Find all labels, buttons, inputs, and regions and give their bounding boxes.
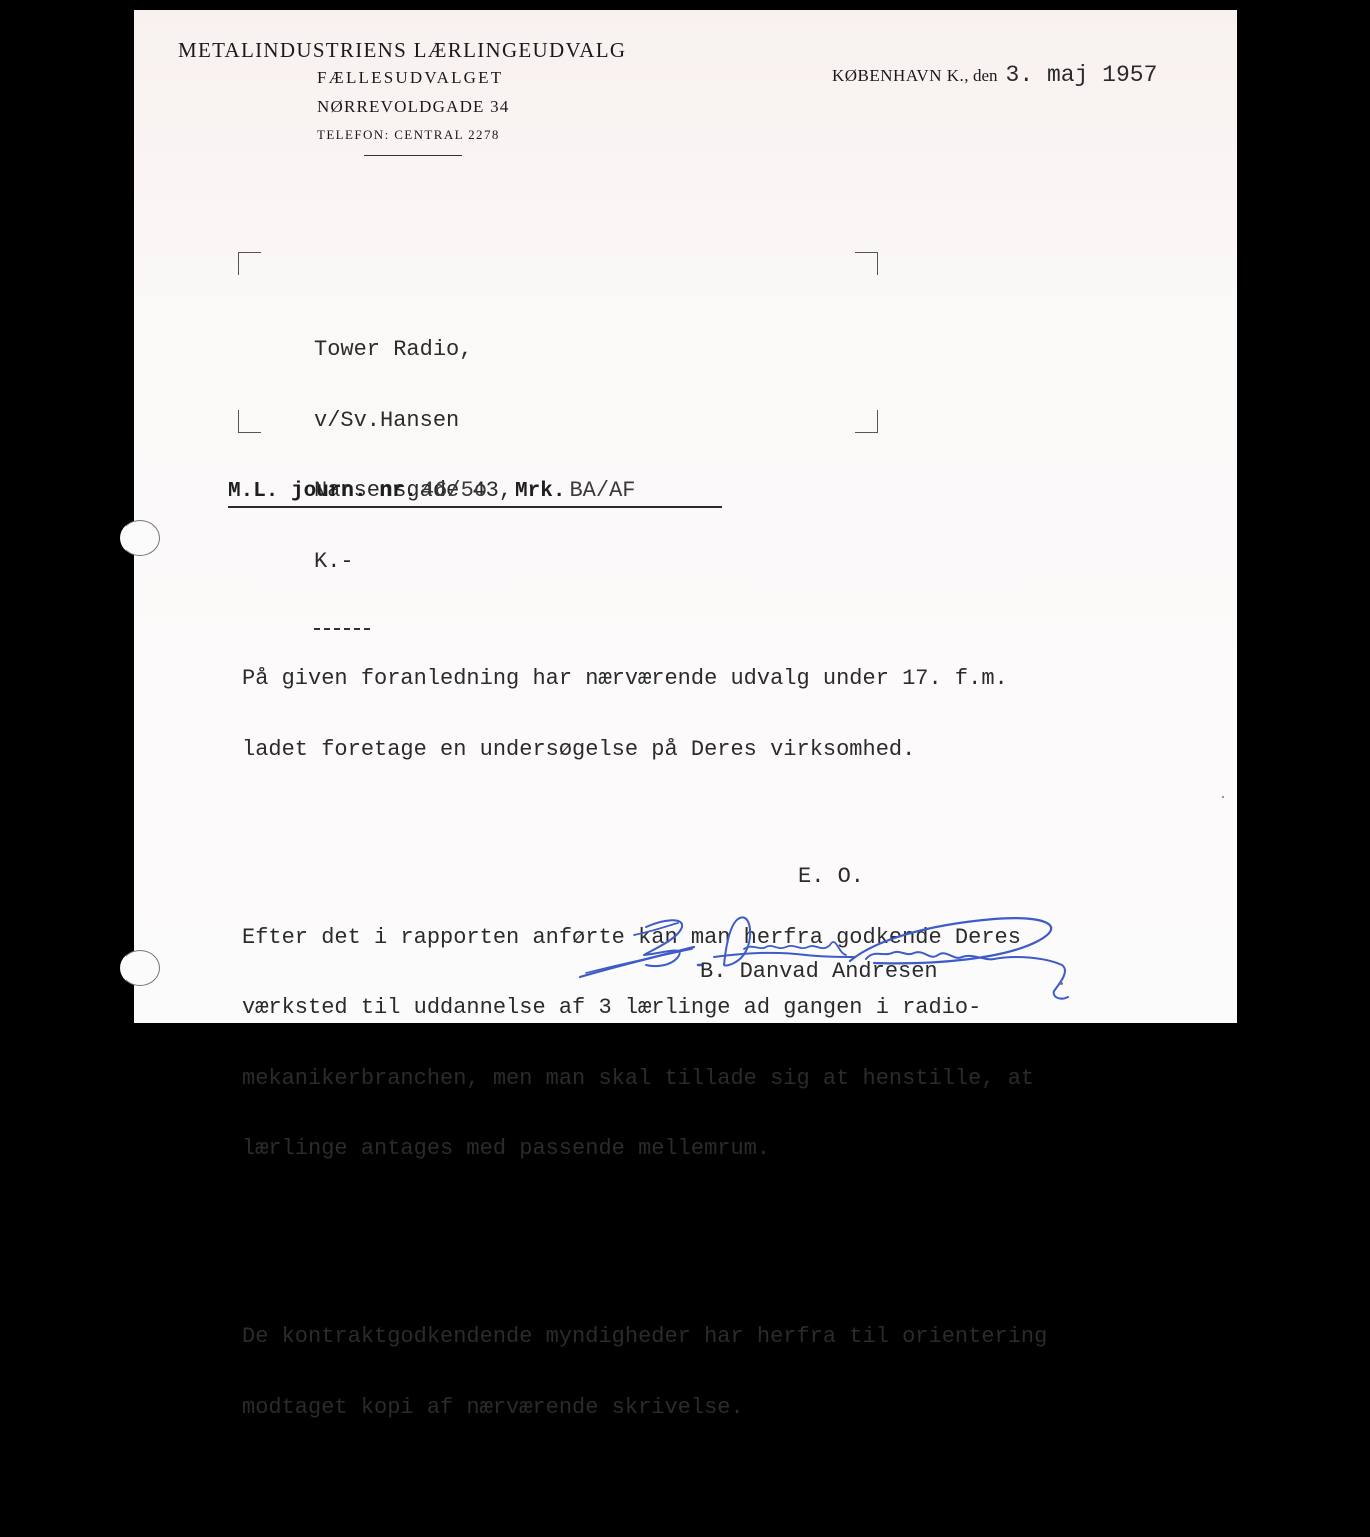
dateline-city: KØBENHAVN K., xyxy=(832,66,969,85)
journal-number: 46/5o xyxy=(421,478,487,503)
address-window-corner-top-right xyxy=(855,252,878,275)
journal-reference: M.L. journ. nr. 46/5o Mrk. BA/AF xyxy=(228,478,722,508)
dateline-den: den xyxy=(973,66,998,85)
letterhead-organization: METALINDUSTRIENS LÆRLINGEUDVALG xyxy=(178,38,626,63)
recipient-line: v/Sv.Hansen xyxy=(314,409,512,433)
closing-salutation: E. O. xyxy=(798,865,864,889)
dateline-date: 3. maj 1957 xyxy=(1006,62,1158,88)
letterhead-phone: TELEFON: CENTRAL 2278 xyxy=(317,127,500,143)
recipient-line: K.- xyxy=(314,550,512,574)
ink-speck xyxy=(1222,796,1224,798)
letter-page: METALINDUSTRIENS LÆRLINGEUDVALG FÆLLESUD… xyxy=(134,10,1237,1023)
mark-value: BA/AF xyxy=(569,478,635,503)
body-line: ladet foretage en undersøgelse på Deres … xyxy=(242,738,1047,762)
journal-label: M.L. journ. nr. xyxy=(228,480,417,503)
letterhead-address: NØRREVOLDGADE 34 xyxy=(317,97,510,117)
address-window-corner-bottom-right xyxy=(855,410,878,433)
punch-hole xyxy=(120,520,160,556)
signer-name: B. Danvad Andresen xyxy=(700,960,938,984)
letterhead-subtitle: FÆLLESUDVALGET xyxy=(317,68,503,88)
body-paragraph: På given foranledning har nærværende udv… xyxy=(242,620,1047,808)
letterhead-divider xyxy=(364,155,462,156)
ink-speck xyxy=(1060,982,1063,985)
address-window-corner-top-left xyxy=(238,252,261,275)
mark-label: Mrk. xyxy=(515,480,565,503)
body-line: På given foranledning har nærværende udv… xyxy=(242,667,1047,691)
address-window-corner-bottom-left xyxy=(238,410,261,433)
dateline: KØBENHAVN K., den 3. maj 1957 xyxy=(832,62,1157,88)
handwritten-signature xyxy=(574,905,1094,1005)
punch-hole xyxy=(120,950,160,986)
recipient-line: Tower Radio, xyxy=(314,338,512,362)
